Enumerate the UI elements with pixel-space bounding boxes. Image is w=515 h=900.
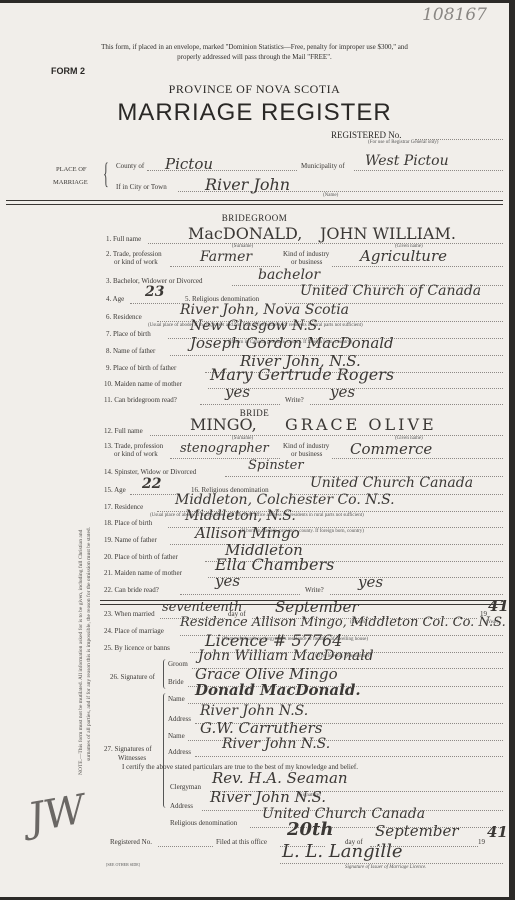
- registered-no-footer-label: Registered No.: [110, 838, 152, 846]
- bride-mother-label: 21. Maiden name of mother: [104, 569, 182, 577]
- municipality-label: Municipality of: [301, 162, 345, 170]
- margin-initials: JW: [24, 786, 88, 841]
- bride-birth-label: 18. Place of birth: [104, 519, 152, 527]
- witness2-name-label: Name: [168, 732, 185, 740]
- bride-trade-label-2: or kind of work: [114, 450, 158, 458]
- groom-age-value: 23: [145, 284, 164, 300]
- bride-given: GRACE OLIVE: [285, 415, 437, 434]
- groom-residence-label: 6. Residence: [106, 313, 142, 321]
- marriage-register-document: 108167 This form, if placed in an envelo…: [0, 3, 509, 897]
- groom-industry-label: Kind of industry: [283, 250, 329, 258]
- registered-no-label: REGISTERED No.: [331, 130, 402, 140]
- groom-surname: MacDONALD,: [188, 224, 302, 243]
- bride-industry-value: Commerce: [350, 440, 432, 458]
- groom-residence-value: River John, Nova Scotia: [180, 302, 349, 318]
- reference-number: 108167: [422, 5, 487, 25]
- see-other-side: [SEE OTHER SIDE]: [106, 862, 140, 867]
- witness2-address: River John N.S.: [222, 736, 330, 752]
- bride-status-value: Spinster: [248, 458, 304, 473]
- bride-father-birth-label: 20. Place of birth of father: [104, 553, 178, 561]
- name-note: (Name): [323, 193, 338, 198]
- groom-industry-label-2: or business: [291, 258, 322, 266]
- issuer-note: Signature of Issuer of Marriage Licence.: [345, 865, 426, 870]
- city-label: If in City or Town: [116, 183, 167, 191]
- form-label: FORM 2: [51, 66, 85, 76]
- province-heading: PROVINCE OF NOVA SCOTIA: [0, 82, 509, 97]
- witness1-name: Donald MacDonald.: [195, 681, 361, 699]
- groom-signature: John William MacDonald: [198, 648, 374, 664]
- margin-note-line1: NOTE.—This form must not be mutilated. A…: [77, 527, 85, 775]
- filed-month: September: [375, 822, 459, 840]
- groom-fullname-label: 1. Full name: [106, 235, 141, 243]
- mail-notice-line2: properly addressed will pass through the…: [0, 53, 509, 61]
- groom-write-value: yes: [330, 383, 355, 401]
- witness1-name-label: Name: [168, 695, 185, 703]
- groom-trade-label-2: or kind of work: [114, 258, 158, 266]
- groom-label: Groom: [168, 660, 188, 668]
- bride-birth-value: Middleton, N.S.: [185, 508, 296, 524]
- registered-no-note: (For use of Registrar General only): [368, 140, 438, 145]
- groom-mother-label: 10. Maiden name of mother: [104, 380, 182, 388]
- groom-trade-label: 2. Trade, profession: [106, 250, 162, 258]
- bride-father-value: Allison Mingo: [195, 524, 300, 542]
- groom-read-value: yes: [225, 383, 250, 401]
- marriage-year: 41: [488, 597, 509, 615]
- witnesses-label: 27. Signatures of: [104, 745, 152, 753]
- place-label-1: PLACE OF: [56, 166, 87, 173]
- groom-mother-value: Mary Gertrude Rogers: [210, 365, 394, 384]
- groom-birth-label: 7. Place of birth: [106, 330, 151, 338]
- groom-father-birth-label: 9. Place of birth of father: [106, 364, 176, 372]
- place-of-marriage-value: Residence Allison Mingo, Middleton Col. …: [180, 615, 506, 630]
- bride-label: Bride: [168, 678, 184, 686]
- licence-label: 25. By licence or banns: [104, 644, 170, 652]
- groom-write-label: Write?: [285, 396, 304, 404]
- document-title: MARRIAGE REGISTER: [0, 99, 509, 127]
- groom-read-label: 11. Can bridegroom read?: [104, 396, 177, 404]
- city-value: River John: [205, 175, 290, 194]
- margin-note-line2: surnames of all parties, and if for any …: [85, 527, 93, 775]
- filed-year: 41: [487, 823, 508, 841]
- witness1-address-label: Address: [168, 715, 191, 723]
- groom-status-value: bachelor: [258, 267, 320, 283]
- when-married-label: 23. When married: [104, 610, 155, 618]
- filed-label: Filed at this office: [216, 838, 267, 846]
- margin-note: NOTE.—This form must not be mutilated. A…: [77, 527, 93, 775]
- mail-notice-line1: This form, if placed in an envelope, mar…: [0, 43, 509, 51]
- clergy-address-label: Address: [170, 802, 193, 810]
- bride-status-label: 14. Spinster, Widow or Divorced: [104, 468, 196, 476]
- bride-fullname-label: 12. Full name: [104, 427, 143, 435]
- bride-read-value: yes: [215, 572, 240, 590]
- bride-age-value: 22: [142, 476, 161, 492]
- bride-read-label: 22. Can bride read?: [104, 586, 159, 594]
- witness2-address-label: Address: [168, 748, 191, 756]
- county-label: County of: [116, 162, 144, 170]
- bride-write-value: yes: [358, 573, 383, 591]
- bride-father-label: 19. Name of father: [104, 536, 157, 544]
- bride-write-label: Write?: [305, 586, 324, 594]
- clergy-address: River John N.S.: [210, 788, 326, 806]
- bride-residence-label: 17. Residence: [104, 503, 143, 511]
- filed-year-prefix: 19: [478, 838, 485, 846]
- clergyman-label: Clergyman: [170, 783, 201, 791]
- groom-age-label: 4. Age: [106, 295, 124, 303]
- clergy-denomination-label: Religious denomination: [170, 819, 237, 827]
- place-of-marriage-label: 24. Place of marriage: [104, 627, 164, 635]
- bride-residence-value: Middleton, Colchester Co. N.S.: [175, 492, 395, 508]
- clergyman-signature: Rev. H.A. Seaman: [212, 769, 348, 787]
- municipality-value: West Pictou: [365, 153, 449, 169]
- bridegroom-heading: BRIDEGROOM: [0, 213, 509, 223]
- witness1-address: River John N.S.: [200, 703, 308, 719]
- bride-religion-value: United Church Canada: [310, 475, 473, 491]
- place-label-2: MARRIAGE: [53, 179, 88, 186]
- filed-day: 20th: [287, 819, 333, 840]
- bride-age-label: 15. Age: [104, 486, 126, 494]
- bride-industry-label: Kind of industry: [283, 442, 329, 450]
- groom-father-value: Joseph Gordon MacDonald: [190, 334, 394, 352]
- bride-trade-value: stenographer: [180, 441, 269, 456]
- groom-given: JOHN WILLIAM.: [320, 224, 456, 243]
- signature-of-label: 26. Signature of: [110, 673, 155, 681]
- groom-birth-value: New Glasgow N.S.: [190, 318, 321, 334]
- groom-industry-value: Agriculture: [360, 247, 447, 265]
- groom-father-label: 8. Name of father: [106, 347, 155, 355]
- bride-trade-label: 13. Trade, profession: [104, 442, 163, 450]
- groom-trade-value: Farmer: [200, 249, 252, 265]
- witnesses-label-2: Witnesses: [118, 754, 146, 762]
- county-value: Pictou: [165, 155, 213, 173]
- witness2-name: G.W. Carruthers: [200, 719, 322, 737]
- issuer-signature: L. L. Langille: [282, 841, 403, 862]
- groom-religion-value: United Church of Canada: [300, 283, 481, 299]
- marriage-month: September: [275, 598, 359, 616]
- bride-industry-label-2: or business: [291, 450, 322, 458]
- bride-surname: MINGO,: [190, 415, 257, 434]
